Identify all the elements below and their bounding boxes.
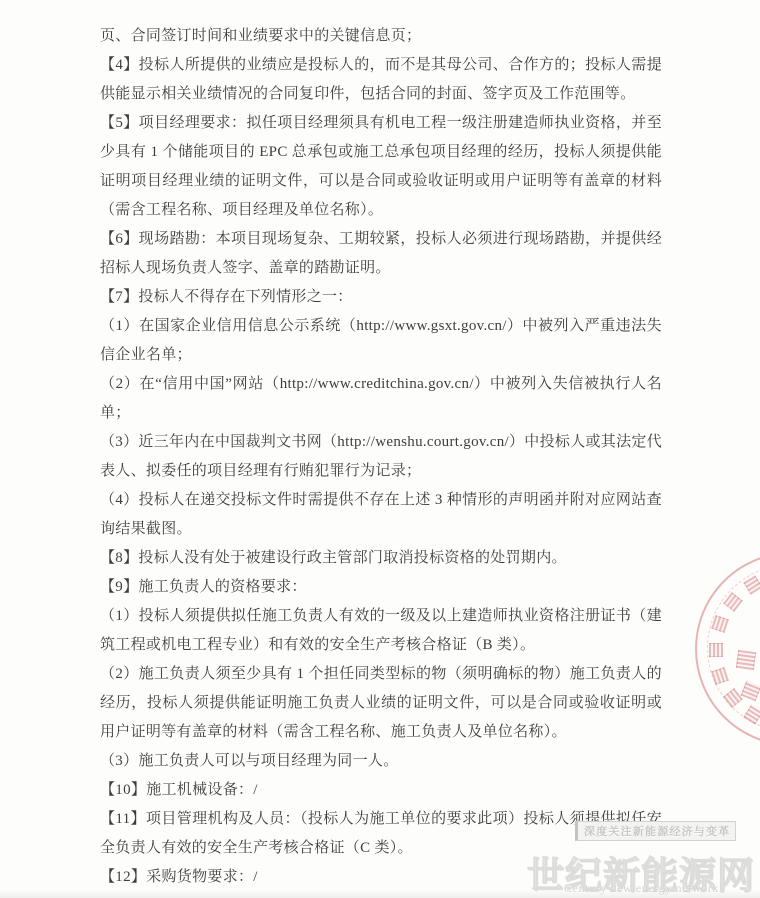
doc-paragraph: （2）在“信用中国”网站（http://www.creditchina.gov.… [100, 370, 662, 428]
scan-edge-shadow [0, 890, 760, 898]
doc-paragraph: 【10】施工机械设备：/ [100, 776, 662, 805]
doc-paragraph: 页、合同签订时间和业绩要求中的关键信息页； [100, 22, 662, 51]
doc-paragraph: （1）在国家企业信用信息公示系统（http://www.gsxt.gov.cn/… [100, 312, 662, 370]
doc-paragraph: （3）近三年内在中国裁判文书网（http://wenshu.court.gov.… [100, 428, 662, 486]
doc-paragraph: （1）投标人须提供拟任施工负责人有效的一级及以上建造师执业资格注册证书（建筑工程… [100, 602, 662, 660]
doc-paragraph: （4）投标人在递交投标文件时需提供不存在上述 3 种情形的声明函并附对应网站查询… [100, 486, 662, 544]
doc-paragraph: 【4】投标人所提供的业绩应是投标人的，而不是其母公司、合作方的；投标人需提供能显… [100, 51, 662, 109]
doc-paragraph: 【5】项目经理要求：拟任项目经理须具有机电工程一级注册建造师执业资格，并至少具有… [100, 109, 662, 225]
doc-paragraph: 【9】施工负责人的资格要求： [100, 573, 662, 602]
doc-paragraph: 【7】投标人不得存在下列情形之一： [100, 283, 662, 312]
doc-paragraph: 【8】投标人没有处于被建设行政主管部门取消投标资格的处罚期内。 [100, 544, 662, 573]
red-seal-glyph-mark [736, 650, 756, 670]
watermark-tagline-badge: 深度关注新能源经济与变革 [575, 821, 736, 841]
doc-paragraph: 【6】现场踏勘：本项目现场复杂、工期较紧，投标人必须进行现场踏勘，并提供经招标人… [100, 225, 662, 283]
document-page: 页、合同签订时间和业绩要求中的关键信息页； 【4】投标人所提供的业绩应是投标人的… [0, 0, 760, 898]
doc-paragraph: （2）施工负责人须至少具有 1 个担任同类型标的物（须明确标的物）施工负责人的经… [100, 660, 662, 747]
doc-paragraph: （3）施工负责人可以与项目经理为同一人。 [100, 747, 662, 776]
scanned-text-block: 页、合同签订时间和业绩要求中的关键信息页； 【4】投标人所提供的业绩应是投标人的… [100, 22, 662, 892]
red-seal-glyph-mark [709, 643, 723, 657]
